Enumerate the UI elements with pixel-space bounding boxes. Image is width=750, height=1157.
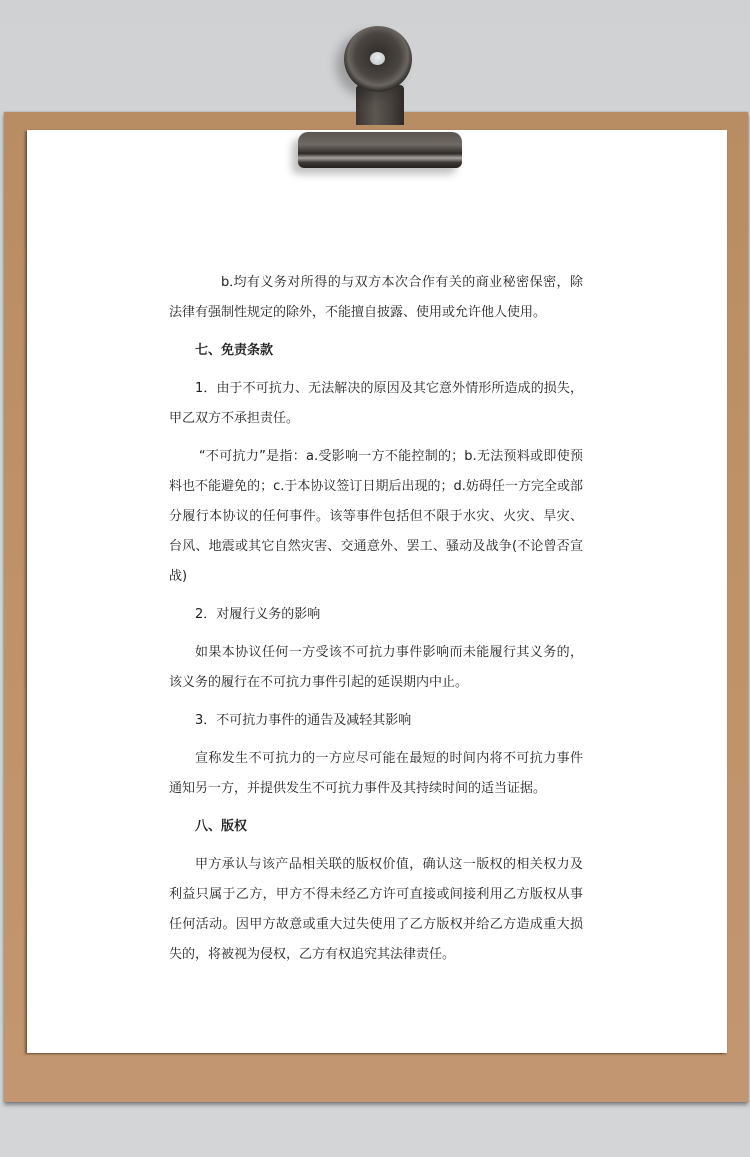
clip-hole (370, 52, 385, 65)
clause-2-title: 2．对履行义务的影响 (195, 600, 583, 630)
document-body: b．均有义务对所得的与双方本次合作有关的商业秘密保密，除法律有强制性规定的除外，… (169, 268, 583, 978)
clause-3-body: 宣称发生不可抗力的一方应尽可能在最短的时间内将不可抗力事件通知另一方，并提供发生… (169, 744, 583, 804)
section-heading-copyright: 八、版权 (195, 812, 583, 842)
force-majeure-definition: “不可抗力”是指：a.受影响一方不能控制的；b.无法预料或即使预料也不能避免的；… (169, 442, 583, 592)
section-heading-exemption: 七、免责条款 (195, 336, 583, 366)
clause-1: 1．由于不可抗力、无法解决的原因及其它意外情形所造成的损失，甲乙双方不承担责任。 (169, 374, 583, 434)
copyright-body: 甲方承认与该产品相关联的版权价值，确认这一版权的相关权力及利益只属于乙方，甲方不… (169, 850, 583, 970)
paragraph-confidentiality: b．均有义务对所得的与双方本次合作有关的商业秘密保密，除法律有强制性规定的除外，… (169, 268, 583, 328)
clause-2-body: 如果本协议任何一方受该不可抗力事件影响而未能履行其义务的，该义务的履行在不可抗力… (169, 638, 583, 698)
item-label-b: b． (195, 268, 233, 298)
clause-3-title: 3．不可抗力事件的通告及减轻其影响 (195, 706, 583, 736)
clip-jaw (298, 132, 462, 168)
